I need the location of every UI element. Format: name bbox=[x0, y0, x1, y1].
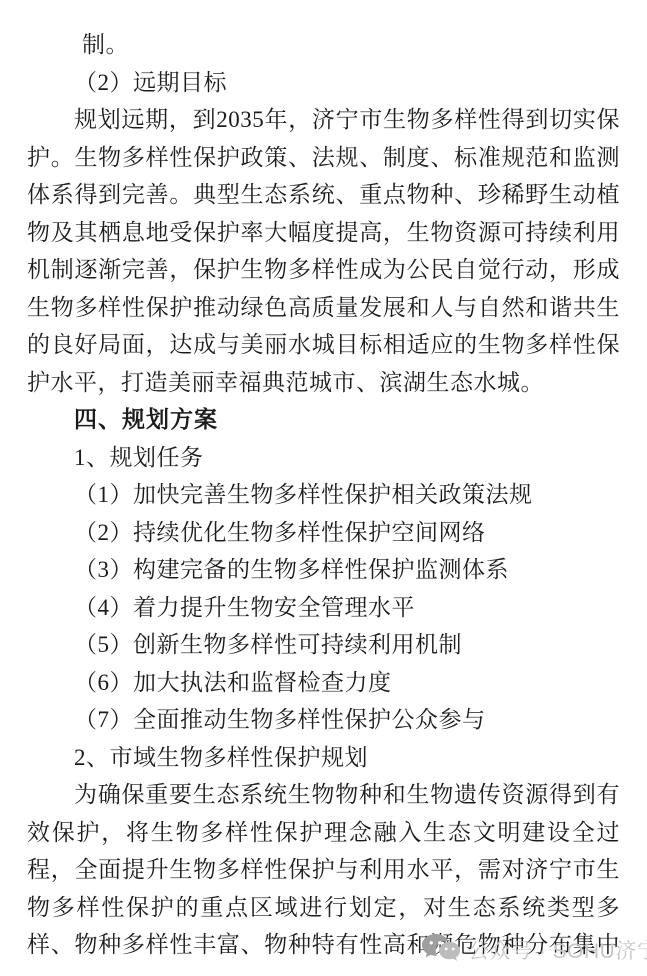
text-line-paragraph-line: 的良好局面，达成与美丽水城目标相适应的生物多样性保 bbox=[27, 326, 620, 364]
text-line-list-item: （2）持续优化生物多样性保护空间网络 bbox=[27, 514, 620, 552]
document-page: 制。（2）远期目标规划远期，到2035年，济宁市生物多样性得到切实保护。生物多样… bbox=[0, 0, 647, 976]
text-line-paragraph-line: 护。生物多样性保护政策、法规、制度、标准规范和监测 bbox=[27, 139, 620, 177]
text-line-paragraph-tail: 制。 bbox=[27, 26, 620, 64]
watermark-text: 公众号 · SOHU济宁 bbox=[468, 935, 647, 965]
text-line-paragraph-start: 为确保重要生态系统生物物种和生物遗传资源得到有 bbox=[27, 776, 620, 814]
text-line-list-item: （3）构建完备的生物多样性保护监测体系 bbox=[27, 551, 620, 589]
text-line-numbered-item: 2、市域生物多样性保护规划 bbox=[27, 739, 620, 777]
text-line-section-heading: 四、规划方案 bbox=[27, 401, 620, 439]
wechat-icon bbox=[421, 933, 461, 967]
text-line-paragraph-end: 护水平，打造美丽幸福典范城市、滨湖生态水城。 bbox=[27, 364, 620, 402]
text-line-list-item: （6）加大执法和监督检查力度 bbox=[27, 664, 620, 702]
text-line-paragraph-line: 物多样性保护的重点区域进行划定，对生态系统类型多 bbox=[27, 889, 620, 927]
text-line-paragraph-start: 规划远期，到2035年，济宁市生物多样性得到切实保 bbox=[27, 101, 620, 139]
text-line-paragraph-line: 物及其栖息地受保护率大幅度提高，生物资源可持续利用 bbox=[27, 214, 620, 252]
text-line-paragraph-line: 体系得到完善。典型生态系统、重点物种、珍稀野生动植 bbox=[27, 176, 620, 214]
watermark: 公众号 · SOHU济宁 bbox=[421, 933, 647, 967]
text-line-paragraph-line: 效保护，将生物多样性保护理念融入生态文明建设全过 bbox=[27, 814, 620, 852]
text-line-paragraph-line: 生物多样性保护推动绿色高质量发展和人与自然和谐共生 bbox=[27, 289, 620, 327]
text-line-list-item: （4）着力提升生物安全管理水平 bbox=[27, 589, 620, 627]
text-line-paragraph-line: 机制逐渐完善，保护生物多样性成为公民自觉行动，形成 bbox=[27, 251, 620, 289]
text-line-list-item: （1）加快完善生物多样性保护相关政策法规 bbox=[27, 476, 620, 514]
document-body: 制。（2）远期目标规划远期，到2035年，济宁市生物多样性得到切实保护。生物多样… bbox=[27, 26, 620, 964]
text-line-numbered-item: 1、规划任务 bbox=[27, 439, 620, 477]
text-line-list-item: （5）创新生物多样性可持续利用机制 bbox=[27, 626, 620, 664]
text-line-list-item: （7）全面推动生物多样性保护公众参与 bbox=[27, 701, 620, 739]
text-line-paragraph-line: 程，全面提升生物多样性保护与利用水平，需对济宁市生 bbox=[27, 851, 620, 889]
text-line-subheading: （2）远期目标 bbox=[27, 64, 620, 102]
